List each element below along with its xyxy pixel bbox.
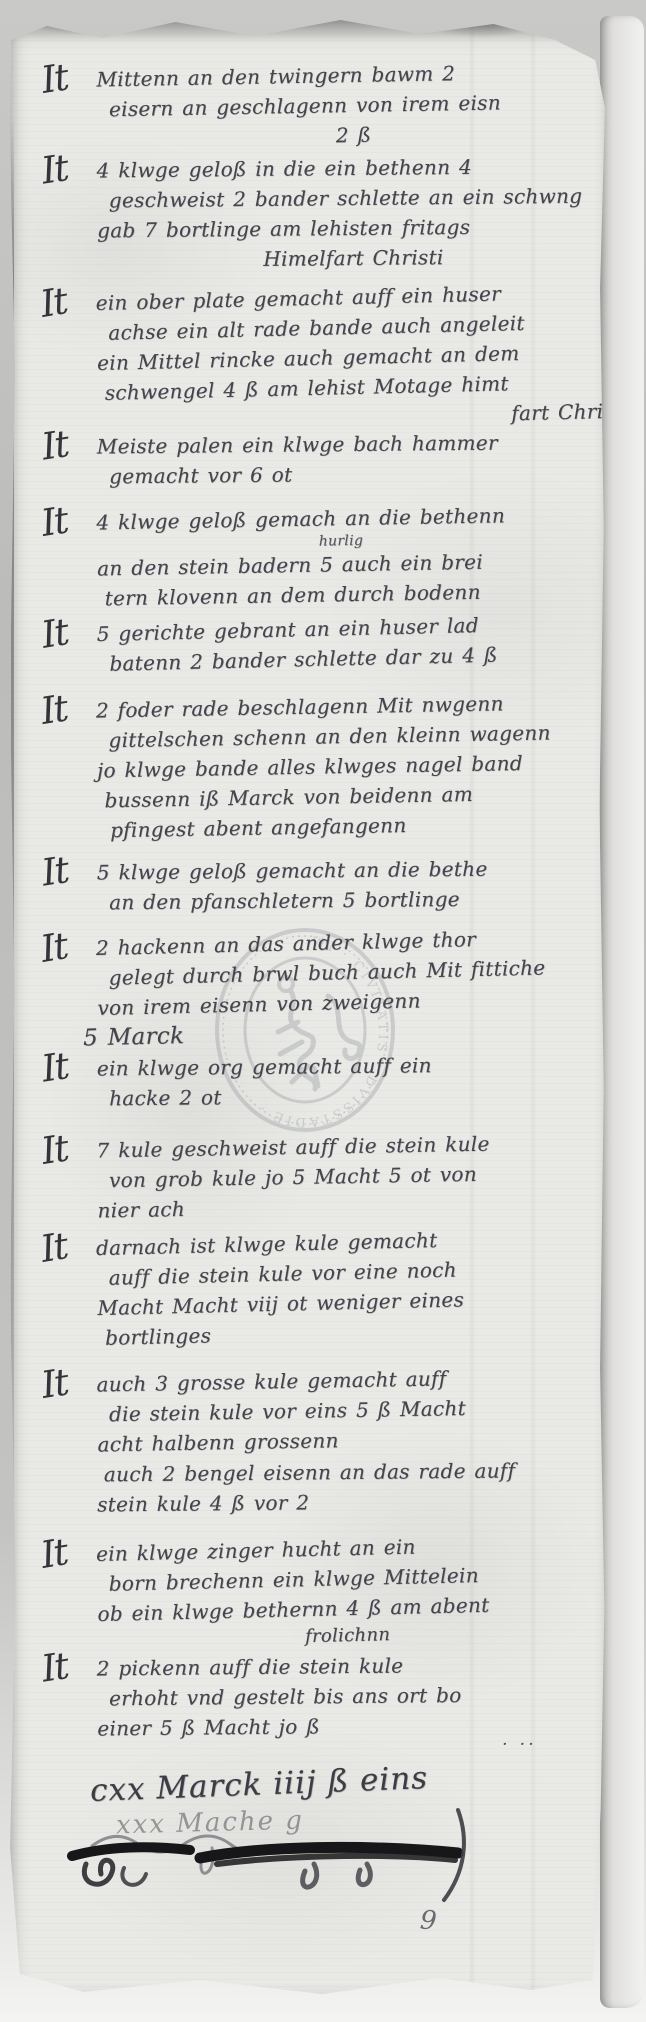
item-initial: It — [38, 1224, 70, 1271]
entry-line: ein klwge org gemacht auff ein — [97, 1049, 602, 1084]
ledger-entry: ItMittenn an den twingern bawm 2eisern a… — [103, 56, 602, 155]
entry-line: erhoht vnd gestelt bis ans ort bo — [109, 1679, 602, 1714]
strikethrough-scribble — [62, 1800, 502, 1920]
item-initial: It — [39, 146, 71, 192]
ledger-entry: Itein klwge zinger hucht an einborn brec… — [103, 1527, 604, 1655]
ledger-entry: It5 klwge geloß gemacht an die bethean d… — [104, 853, 603, 918]
ledger-entry: Itdarnach ist klwge kule gemachtauff die… — [103, 1221, 604, 1353]
scanned-manuscript: WI · CIVITATIS · DVISSTADIE · ItMittenn … — [0, 0, 646, 2022]
ledger-entry: It2 foder rade beschlagenn Mit nwgenngit… — [103, 687, 604, 846]
entry-line: auch 2 bengel eisenn an das rade auff — [104, 1455, 602, 1490]
ledger-entry: It5 gerichte gebrant an ein huser ladbat… — [103, 607, 602, 679]
item-initial: It — [39, 1044, 71, 1090]
under-page-edge — [600, 16, 644, 2008]
entry-line: an den pfanschletern 5 bortlinge — [109, 883, 602, 918]
item-initial: It — [38, 1360, 70, 1406]
entry-line: hacke 2 ot — [109, 1079, 602, 1114]
item-initial: It — [38, 1126, 70, 1172]
entry-line: stein kule 4 ß vor 2 — [97, 1485, 602, 1520]
item-initial: It — [38, 498, 70, 544]
entry-line: 2 pickenn auff die stein kule — [97, 1649, 602, 1684]
item-initial: It — [38, 686, 70, 732]
entry-line: gab 7 bortlinge am lehisten fritags — [97, 211, 602, 246]
ledger-entry: Itauch 3 grosse kule gemacht auffdie ste… — [103, 1361, 602, 1460]
left-fold-line — [11, 118, 14, 1768]
ledger-entry: auch 2 bengel eisenn an das rade auffste… — [104, 1455, 603, 1520]
ledger-entry: ItMeiste palen ein klwge bach hammergema… — [104, 427, 603, 492]
item-initial: It — [37, 279, 69, 326]
ledger-entry: Itein ober plate gemacht auff ein husera… — [102, 276, 603, 438]
entry-line: geschweist 2 bander schlette an ein schw… — [109, 181, 602, 216]
ledger-entry: It4 klwge geloß in die ein bethenn 4gesc… — [103, 151, 602, 276]
folio-number: 9 — [419, 1905, 438, 1936]
item-initial: It — [38, 610, 70, 657]
entry-line: Meiste palen ein klwge bach hammer — [97, 427, 602, 462]
entry-line: gemacht vor 6 ot — [109, 457, 602, 492]
ledger-entry: It2 pickenn auff die stein kuleerhoht vn… — [104, 1649, 603, 1744]
entries-layer: ItMittenn an den twingern bawm 2eisern a… — [4, 8, 616, 2008]
entry-line: 4 klwge geloß in die ein bethenn 4 — [96, 151, 601, 186]
entry-line: Himelfart Christi — [104, 241, 602, 276]
ledger-entry: It7 kule geschweist auff die stein kulev… — [103, 1127, 602, 1226]
entry-line: 5 klwge geloß gemacht an die bethe — [97, 853, 602, 888]
item-initial: It — [38, 1530, 70, 1577]
item-initial: It — [38, 55, 70, 101]
item-initial: It — [39, 1644, 71, 1690]
item-initial: It — [39, 848, 71, 894]
manuscript-page: WI · CIVITATIS · DVISSTADIE · ItMittenn … — [4, 8, 616, 2008]
item-initial: It — [38, 924, 70, 971]
ink-dots: · ·· — [502, 1734, 537, 1755]
ledger-entry: It4 klwge geloß gemach an die bethennhur… — [103, 499, 603, 614]
ledger-entry: It2 hackenn an das ander klwge thorgeleg… — [103, 921, 604, 1053]
ledger-entry: Itein klwge org gemacht auff einhacke 2 … — [104, 1049, 603, 1114]
item-initial: It — [39, 422, 71, 468]
